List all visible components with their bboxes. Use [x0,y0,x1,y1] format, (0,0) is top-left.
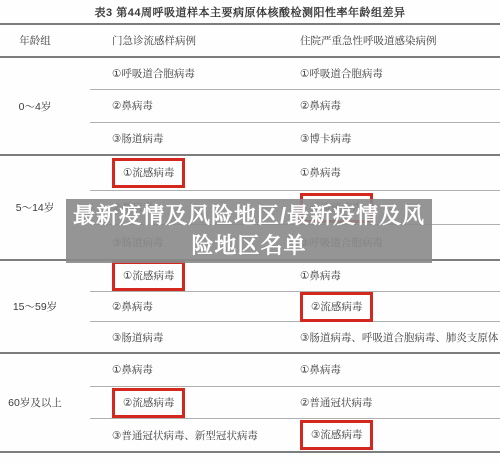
virus-item: ①鼻病毒 [290,362,500,377]
rank-row: ①流感病毒 ①鼻病毒 [90,156,500,191]
red-highlight-box: ①流感病毒 [112,158,185,188]
rank-row: ③肠道病毒 ③肠道病毒、呼吸道合胞病毒、肺炎支原体 [90,322,500,352]
virus-item-highlighted: ②流感病毒 [90,395,290,411]
rank-row: ①呼吸道合胞病毒 ①呼吸道合胞病毒 [90,58,500,90]
rank-row: ①鼻病毒 ①鼻病毒 [90,354,500,387]
rank-row: ③普通冠状病毒、新型冠状病毒 ③流感病毒 [90,419,500,451]
rank-row: ②鼻病毒 ②流感病毒 [90,292,500,323]
virus-item: ②普通冠状病毒 [290,395,500,410]
red-highlight-box: ③流感病毒 [300,420,373,450]
col-header-outpatient-ili: 门急诊流感样病例 [90,33,290,48]
rank-row: ②流感病毒 ②普通冠状病毒 [90,387,500,420]
virus-item: ③博卡病毒 [290,131,500,146]
col-header-age-group: 年龄组 [0,33,90,48]
virus-item: ②鼻病毒 [290,98,500,113]
virus-item-highlighted: ③流感病毒 [290,427,500,443]
virus-item: ①鼻病毒 [290,268,500,283]
virus-item-highlighted: ①流感病毒 [90,165,290,181]
virus-item: ①鼻病毒 [90,362,290,377]
virus-item: ①呼吸道合胞病毒 [90,66,290,81]
age-group-label: 15～59岁 [0,261,90,352]
document-page: 表3 第44周呼吸道样本主要病原体核酸检测阳性率年龄组差异 年龄组 门急诊流感样… [0,0,500,464]
virus-item: ③肠道病毒 [90,330,290,345]
rank-row: ③肠道病毒 ③博卡病毒 [90,123,500,154]
virus-item: ①鼻病毒 [290,165,500,180]
rank-row: ②鼻病毒 ②鼻病毒 [90,90,500,122]
virus-item-highlighted: ②流感病毒 [290,299,500,315]
red-highlight-box: ①流感病毒 [112,261,185,291]
virus-item: ②鼻病毒 [90,299,290,314]
age-group-label: 60岁及以上 [0,354,90,451]
virus-item: ③肠道病毒 [90,131,290,146]
rank-row: ①流感病毒 ①鼻病毒 [90,261,500,292]
col-header-hospital-sari: 住院严重急性呼吸道感染病例 [290,33,500,48]
age-group-row-0-4: 0～4岁 ①呼吸道合胞病毒 ①呼吸道合胞病毒 ②鼻病毒 ②鼻病毒 ③肠道病毒 ③… [0,58,500,156]
headline-overlay: 最新疫情及风险地区/最新疫情及风 险地区名单 [66,199,432,263]
virus-item: ③肠道病毒、呼吸道合胞病毒、肺炎支原体 [290,330,500,345]
virus-item: ①呼吸道合胞病毒 [290,66,500,81]
table-header-row: 年龄组 门急诊流感样病例 住院严重急性呼吸道感染病例 [0,25,500,58]
red-highlight-box: ②流感病毒 [112,388,185,418]
virus-item: ②鼻病毒 [90,98,290,113]
virus-item: ③普通冠状病毒、新型冠状病毒 [90,428,290,443]
age-group-label: 0～4岁 [0,58,90,154]
red-highlight-box: ②流感病毒 [300,292,373,322]
age-group-row-15-59: 15～59岁 ①流感病毒 ①鼻病毒 ②鼻病毒 ②流感病毒 ③肠道病毒 ③肠道病毒… [0,261,500,354]
headline-line2: 险地区名单 [66,231,432,261]
age-group-row-60-plus: 60岁及以上 ①鼻病毒 ①鼻病毒 ②流感病毒 ②普通冠状病毒 ③普通冠状病毒、新… [0,354,500,453]
table-title: 表3 第44周呼吸道样本主要病原体核酸检测阳性率年龄组差异 [0,4,500,20]
virus-item-highlighted: ①流感病毒 [90,268,290,284]
headline-line1: 最新疫情及风险地区/最新疫情及风 [66,201,432,231]
